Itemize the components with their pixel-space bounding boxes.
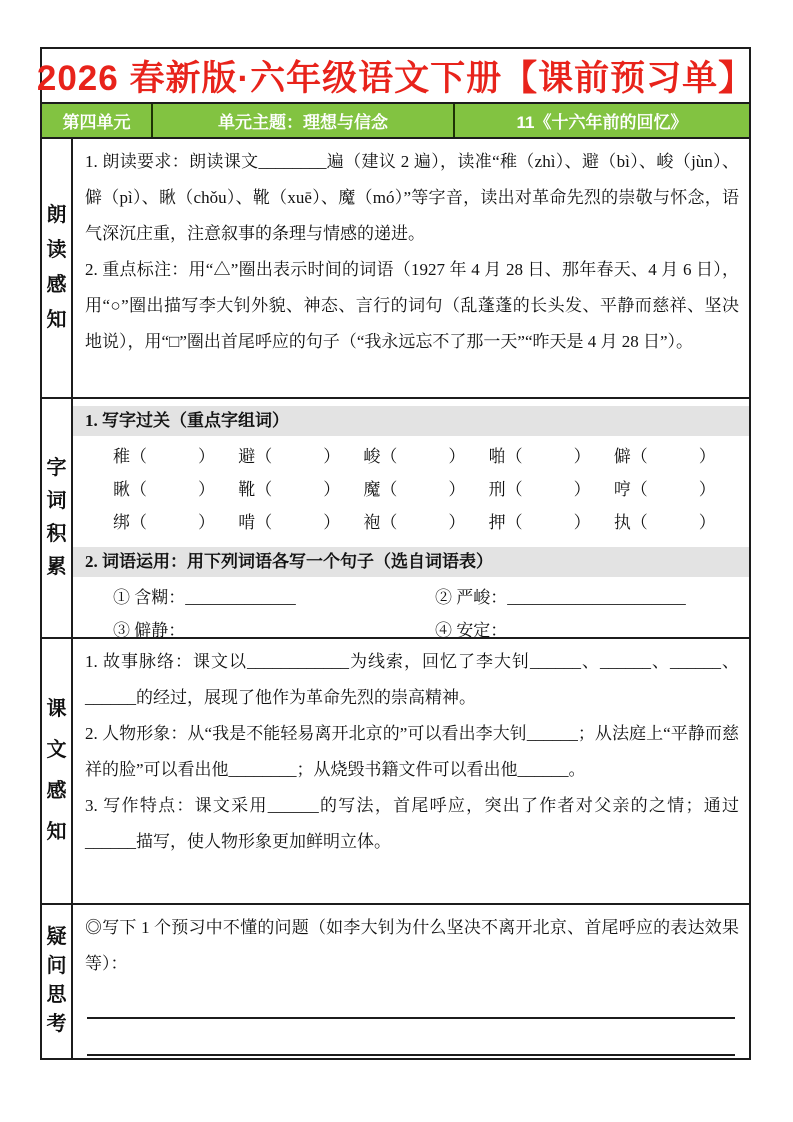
question-prompt: ◎写下 1 个预习中不懂的问题（如李大钊为什么坚决不离开北京、首尾呼应的表达效果… [85, 910, 739, 982]
section-label-text: 课文感知 [46, 689, 68, 853]
writing-feature-paragraph: 3. 写作特点：课文采用______的写法，首尾呼应，突出了作者对父亲的之情；通… [85, 788, 739, 860]
reading-requirement-paragraph: 1. 朗读要求：朗读课文________遍（建议 2 遍），读准“稚（zhì）、… [85, 144, 739, 252]
word-grid-row: 绑（ ）啃（ ）袍（ ）押（ ）执（ ） [113, 506, 739, 539]
word-blank-cell: 避（ ） [238, 440, 363, 473]
marking-instruction-paragraph: 2. 重点标注：用“△”圈出表示时间的词语（1927 年 4 月 28 日、那年… [85, 252, 739, 360]
text-content: 1. 故事脉络：课文以____________为线索，回忆了李大钊______、… [73, 639, 749, 903]
sentence-item: ③ 僻静：____________ [113, 614, 435, 637]
word-blank-cell: 稚（ ） [113, 440, 238, 473]
answer-line [87, 982, 735, 1019]
section-label-question: 疑问思考 [46, 923, 68, 1039]
answer-line [87, 1019, 735, 1056]
section-row-reading: 朗读感知 1. 朗读要求：朗读课文________遍（建议 2 遍），读准“稚（… [42, 139, 749, 399]
word-blank-cell: 僻（ ） [614, 440, 739, 473]
section-label-cell: 疑问思考 [42, 905, 73, 1058]
word-blank-cell: 绑（ ） [113, 506, 238, 539]
section-row-question: 疑问思考 ◎写下 1 个预习中不懂的问题（如李大钊为什么坚决不离开北京、首尾呼应… [42, 905, 749, 1058]
unit-header-row: 第四单元 单元主题：理想与信念 11《十六年前的回忆》 [42, 104, 749, 139]
section-label-reading: 朗读感知 [46, 198, 68, 338]
sentence-item: ④ 安定：_____________________ [435, 614, 739, 637]
word-blank-cell: 啃（ ） [238, 506, 363, 539]
word-blank-cell: 执（ ） [614, 506, 739, 539]
section-label-cell: 朗读感知 [42, 139, 73, 397]
word-grid-row: 稚（ ）避（ ）峻（ ）啪（ ）僻（ ） [113, 440, 739, 473]
section-label-cell: 课文感知 [42, 639, 73, 903]
section-row-words: 字词积累 1. 写字过关（重点字组词） 稚（ ）避（ ）峻（ ）啪（ ）僻（ ）… [42, 399, 749, 639]
title-row: 2026 春新版·六年级语文下册【课前预习单】 [42, 49, 749, 104]
story-outline-paragraph: 1. 故事脉络：课文以____________为线索，回忆了李大钊______、… [85, 644, 739, 716]
word-blank-cell: 瞅（ ） [113, 473, 238, 506]
section-row-text: 课文感知 1. 故事脉络：课文以____________为线索，回忆了李大钊__… [42, 639, 749, 905]
word-blank-cell: 啪（ ） [489, 440, 614, 473]
page-title: 2026 春新版·六年级语文下册【课前预习单】 [37, 51, 754, 101]
sentence-item: ② 严峻：_____________________ [435, 581, 739, 614]
lesson-title-cell: 11《十六年前的回忆》 [455, 104, 749, 137]
character-image-paragraph: 2. 人物形象：从“我是不能轻易离开北京的”可以看出李大钊______；从法庭上… [85, 716, 739, 788]
section-label-cell: 字词积累 [42, 399, 73, 637]
word-blank-cell: 峻（ ） [363, 440, 488, 473]
word-blank-cell: 魔（ ） [363, 473, 488, 506]
unit-theme-cell: 单元主题：理想与信念 [153, 104, 455, 137]
word-blank-cell: 袍（ ） [363, 506, 488, 539]
reading-content: 1. 朗读要求：朗读课文________遍（建议 2 遍），读准“稚（zhì）、… [73, 139, 749, 397]
word-blank-cell: 靴（ ） [238, 473, 363, 506]
sentence-item: ① 含糊：_____________ [113, 581, 435, 614]
word-grid-row: 瞅（ ）靴（ ）魔（ ）刑（ ）哼（ ） [113, 473, 739, 506]
question-content: ◎写下 1 个预习中不懂的问题（如李大钊为什么坚决不离开北京、首尾呼应的表达效果… [73, 905, 749, 1058]
worksheet-page: 2026 春新版·六年级语文下册【课前预习单】 第四单元 单元主题：理想与信念 … [0, 0, 793, 1122]
word-blank-cell: 押（ ） [489, 506, 614, 539]
word-practice-heading: 1. 写字过关（重点字组词） [73, 406, 749, 436]
unit-number-cell: 第四单元 [42, 104, 153, 137]
worksheet-frame: 2026 春新版·六年级语文下册【课前预习单】 第四单元 单元主题：理想与信念 … [40, 47, 751, 1060]
section-label-words: 字词积累 [46, 452, 68, 584]
sentence-practice-heading: 2. 词语运用：用下列词语各写一个句子（选自词语表） [73, 547, 749, 577]
word-blank-cell: 刑（ ） [489, 473, 614, 506]
word-grid: 稚（ ）避（ ）峻（ ）啪（ ）僻（ ）瞅（ ）靴（ ）魔（ ）刑（ ）哼（ ）… [85, 440, 739, 539]
words-content: 1. 写字过关（重点字组词） 稚（ ）避（ ）峻（ ）啪（ ）僻（ ）瞅（ ）靴… [73, 399, 749, 637]
sentence-grid: ① 含糊：_____________ ② 严峻：________________… [85, 581, 739, 637]
word-blank-cell: 哼（ ） [614, 473, 739, 506]
